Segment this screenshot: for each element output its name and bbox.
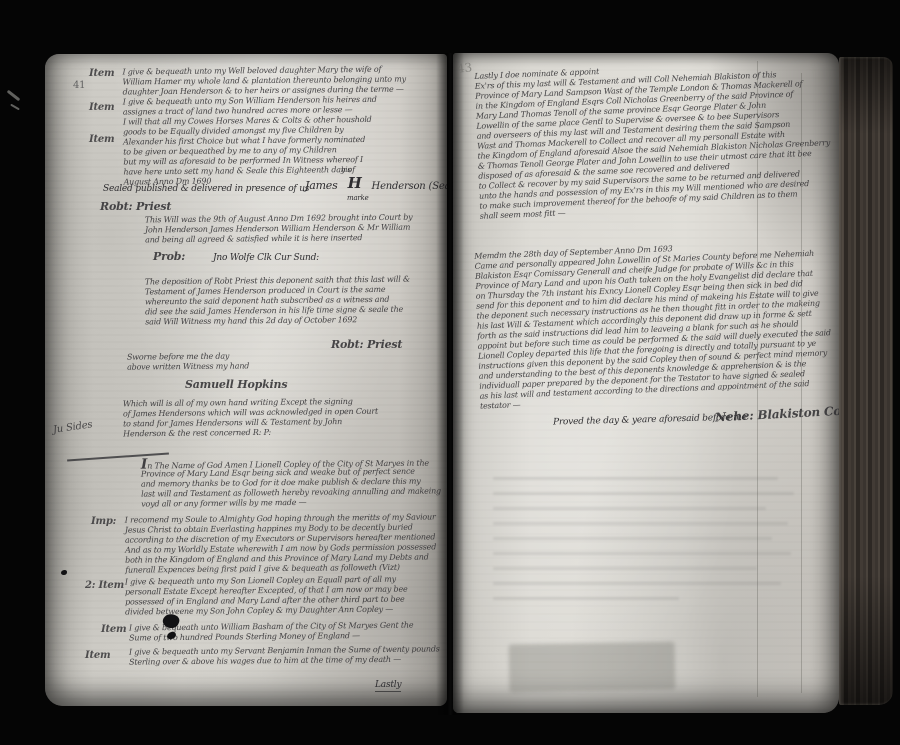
- margin-item-label: Item: [89, 68, 114, 79]
- sworn-text: Sworne before me the dayabove written Wi…: [127, 351, 249, 372]
- margin-flourish-note: Ju Sides: [52, 419, 93, 435]
- testator-mark-glyph: H: [348, 174, 362, 192]
- executors-clause-text: Lastly I doe nominate & appointEx'rs of …: [474, 58, 832, 221]
- item2-text: I give & bequeath unto my Son Lionell Co…: [125, 575, 408, 618]
- imprimis-text: I recomend my Soule to Almighty God hopi…: [125, 512, 437, 575]
- margin-item-label: Item: [89, 134, 114, 145]
- attestation-line: Sealed published & delivered in presence…: [103, 184, 309, 194]
- imprimis-label: Imp:: [91, 516, 116, 527]
- handwritten-line: funerall Expences being first paid I giv…: [125, 562, 436, 575]
- catchword: Lastly: [375, 680, 401, 692]
- handwritten-line: Sterling over & above his wages due to h…: [129, 654, 440, 667]
- item4-text: I give & bequeath unto my Servant Benjam…: [129, 644, 440, 667]
- handwritten-line: above written Witness my hand: [127, 361, 249, 372]
- clerk-flourish: Prob:: [153, 250, 185, 263]
- deposition-text: The deposition of Robt Priest this depon…: [145, 275, 411, 328]
- clerk-line: Jno Wolfe Clk Cur Sund:: [213, 253, 319, 263]
- book-photograph: 41 Item Item Item I give & bequeath unto…: [0, 0, 900, 745]
- page-edges: [839, 57, 893, 705]
- mark-post-label: marke: [347, 194, 369, 202]
- page-crease: [757, 61, 758, 697]
- ink-blot: [61, 570, 67, 575]
- left-page: 41 Item Item Item I give & bequeath unto…: [45, 54, 447, 706]
- memorandum-text: Memdm the 28th day of September Anno Dm …: [474, 238, 833, 411]
- handwritten-line: and being all agreed & satisfied while i…: [145, 233, 413, 246]
- copley-will-opening-text: In The Name of God Amen I Lionell Copley…: [141, 456, 441, 509]
- book-gutter: [436, 53, 464, 715]
- witness-signature: Robt: Priest: [100, 200, 171, 213]
- item3-label: Item: [101, 624, 126, 635]
- testator-given-name: James: [305, 179, 338, 192]
- probate-note-text: This Will was the 9th of August Anno Dm …: [145, 213, 413, 246]
- handwritten-line: Henderson & the rest concerned R: P:: [123, 427, 378, 440]
- paper-smudge: [509, 642, 676, 693]
- item2-label: 2: Item: [85, 580, 124, 591]
- right-page: 43 Lastly I doe nominate & appointEx'rs …: [453, 53, 839, 713]
- henderson-will-text: I give & bequeath unto my Well beloved d…: [122, 65, 407, 188]
- sworn-signature: Samuell Hopkins: [185, 378, 287, 391]
- item4-label: Item: [85, 650, 110, 661]
- film-scratch: [10, 104, 20, 111]
- testator-mark-row: James H Henderson (Seale): [305, 174, 447, 192]
- deposition-signature: Robt: Priest: [331, 338, 402, 351]
- handwritten-line: voyd all or any former wills by me made …: [141, 496, 441, 509]
- proved-signature: Nehe: Blakiston Comisary Genll: [715, 400, 839, 425]
- handwritten-line: said Will Witness my hand this 2d day of…: [145, 315, 410, 328]
- page-crease: [801, 73, 802, 693]
- holograph-note-text: Which will is all of my own hand writing…: [123, 397, 378, 440]
- left-page-number: 41: [73, 80, 85, 91]
- film-scratch: [7, 90, 21, 102]
- mark-pre-label: his: [341, 166, 351, 174]
- margin-item-label: Item: [89, 102, 114, 113]
